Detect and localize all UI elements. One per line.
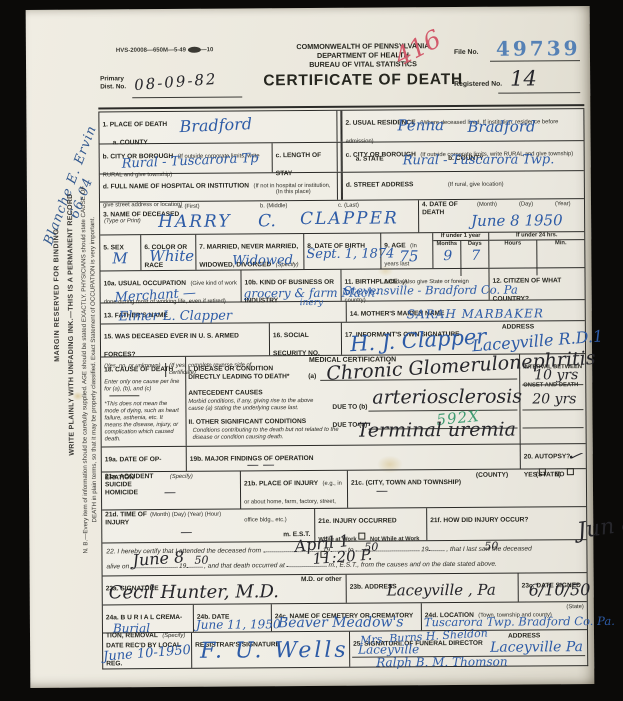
certify-to-overwrite: Jun 8 (576, 513, 623, 543)
place-of-injury-label: 21b. PLACE OF INJURY (244, 480, 318, 488)
informant-address-label: ADDRESS (502, 323, 534, 331)
hospital-label: d. FULL NAME OF HOSPITAL OR INSTITUTION (103, 182, 249, 190)
field-date-received: DATE REC'D BY LOCAL REG. June 10-1950 (103, 633, 191, 669)
primary-dist-block: Primary Dist. No. (100, 75, 126, 91)
antecedent-label: ANTECEDENT CAUSES (188, 389, 262, 398)
place-of-death-label: 1. PLACE OF DEATH (102, 121, 167, 128)
name-first-label: a. (First) (178, 204, 200, 211)
field-accident-suicide: 21a. ACCIDENT SUICIDE HOMICIDE (Specify)… (102, 471, 240, 509)
cause-label: 18. CAUSE OF DEATH (104, 366, 173, 373)
cause-b-value: arteriosclerosis (372, 388, 522, 408)
stock-suffix-text: —10 (201, 47, 214, 53)
physician-signature-value: Cecil Hunter, M.D. (109, 583, 279, 602)
field-under-one-year: If under 1 year Months 9 Days 7 (432, 233, 488, 268)
ssn-label: 16. SOCIAL SECURITY NO. (273, 332, 320, 357)
injury-city-label: 21c. (CITY, TOWN AND TOWNSHIP) (351, 479, 461, 487)
union-label-stamp (188, 47, 201, 53)
field-physician-address: 23b. ADDRESS Laceyville , Pa (346, 574, 518, 603)
months-label: Months (433, 241, 460, 248)
registrar-signature-value: F. U. Wells (200, 640, 349, 663)
field-autopsy: 20. AUTOPSY? YES NO ✓ (520, 444, 586, 468)
row-operation-autopsy: 19a. DATE OF OP- ERATION 19b. MAJOR FIND… (102, 443, 586, 471)
photo-background: Blanche E. Ervin 66-04 MARGIN RESERVED F… (0, 0, 623, 701)
cause-note2: *This does not mean the mode of dying, s… (104, 401, 180, 443)
time-of-injury-label: 21d. TIME OF INJURY (105, 511, 149, 528)
accident-specify: (Specify) (170, 474, 193, 481)
row-burial: 24a. B U R I A L CREMA- TION, REMOVAL (S… (103, 601, 587, 632)
margin-binding-text: MARGIN RESERVED FOR BINDING (53, 140, 62, 450)
autopsy-label: 20. AUTOPSY? (524, 453, 571, 460)
row-parents: 13. FATHER'S NAME Elmer L. Clapper 14. M… (101, 299, 585, 323)
row-vitals: 5. SEX M 6. COLOR OR RACE White 7. MARRI… (100, 231, 584, 270)
mother-value: SARAH MARBAKER (407, 307, 544, 320)
death-date-year-label: (Year) (555, 201, 571, 208)
field-time-of-injury: 21d. TIME OF INJURY (Month) (Day) (Year)… (102, 509, 314, 542)
field-date-of-death: 4. DATE OF DEATH (Month) (Day) (Year) Ju… (418, 199, 584, 232)
operation-pen-marks: — — (247, 458, 275, 470)
field-mother-name: 14. MOTHER'S MAIDEN NAME SARAH MARBAKER (346, 300, 585, 322)
md-or-other-label: M.D. or other (301, 576, 342, 585)
field-hospital: d. FULL NAME OF HOSPITAL OR INSTITUTION … (100, 173, 337, 202)
certificate-paper: Blanche E. Ervin 66-04 MARGIN RESERVED F… (26, 6, 595, 688)
stock-number-text: HVS-20008—650M—5-49 (116, 47, 186, 53)
days-label: Days (461, 241, 488, 248)
bureau-line: BUREAU OF VITAL STATISTICS (248, 59, 478, 70)
field-occupation: 10a. USUAL OCCUPATION (Give kind of work… (100, 270, 240, 302)
row-place-residence: 1. PLACE OF DEATH a. COUNTY Bradford 2. … (99, 109, 583, 143)
months-value: 9 (443, 249, 452, 263)
other-conditions-label: II. OTHER SIGNIFICANT CONDITIONS (188, 418, 306, 427)
field-date-of-birth: 8. DATE OF BIRTH Sept. 1, 1874 (303, 234, 380, 270)
field-burial-type: 24a. B U R I A L CREMA- TION, REMOVAL (S… (103, 605, 193, 633)
injury-state-label: (STATE) (536, 471, 561, 479)
funeral-director-signature-2: Ralph B. M. Thomson (376, 656, 507, 669)
burial-date-value: June 11, 1950 (196, 618, 281, 631)
birthplace-value: Stevensville - Bradford Co. Pa (344, 285, 518, 298)
burial-state-paren: (State) (566, 604, 583, 611)
other-conditions-value: Terminal uremia (357, 421, 516, 441)
field-marital-status: 7. MARRIED, NEVER MARRIED, WIDOWED, DIVO… (195, 234, 303, 270)
certify-alive-year: 50 (194, 555, 208, 566)
residence-state-value: Penna (397, 118, 444, 133)
physician-address-value: Laceyville , Pa (387, 583, 496, 599)
residence-city-value: Rural - Tuscarora Twp. (403, 153, 555, 167)
field-residence-city: c. CITY OR BOROUGH (If outside corporate… (342, 141, 584, 172)
field-armed-forces: 15. WAS DECEASED EVER IN U. S. ARMED FOR… (101, 323, 269, 356)
field-operation-date: 19a. DATE OF OP- ERATION (102, 447, 186, 472)
field-under-24-hours: If under 24 hrs. Hours Min. (488, 232, 584, 268)
street-address-label: d. STREET ADDRESS (346, 181, 414, 188)
name-middle-label: b. (Middle) (260, 203, 287, 210)
dist-no-label: Dist. No. (100, 83, 126, 91)
disease-label: I. DISEASE OR CONDITION DIRECTLY LEADING… (188, 365, 306, 382)
interval-a-value: 10 yrs (534, 368, 578, 382)
field-operation-findings: 19b. MAJOR FINDINGS OF OPERATION — — (186, 445, 520, 471)
field-place-of-death: 1. PLACE OF DEATH a. COUNTY Bradford (99, 111, 336, 144)
field-physician-signature: 23a. SIGNATURE M.D. or other Cecil Hunte… (103, 575, 346, 605)
registered-no-value: 14 (510, 68, 537, 89)
certificate-title: CERTIFICATE OF DEATH (248, 70, 478, 91)
marital-value: Widowed (232, 254, 293, 267)
field-place-city: b. CITY OR BOROUGH (If outside corporate… (100, 143, 272, 173)
certify-y19b: 19 (421, 546, 428, 553)
field-sex: 5. SEX M (100, 235, 140, 270)
burial-location-value: Tuscarora Twp. Bradford Co. Pa. (424, 616, 615, 629)
row-cause-of-death: 18. CAUSE OF DEATH Enter only one cause … (101, 353, 586, 446)
cause-b-label: DUE TO (b) (332, 404, 367, 412)
injury-occurred-label: 21e. INJURY OCCURRED (318, 517, 396, 525)
cause-middle-column: MEDICAL CERTIFICATION I. DISEASE OR COND… (185, 355, 520, 446)
hours-label: Hours (489, 241, 536, 248)
name-middle-value: C. (258, 213, 276, 230)
birth-value: Sept. 1, 1874 (306, 247, 394, 261)
certify-alive-value: June 8 (132, 549, 185, 569)
certify-text-block: 22. I hereby certify that I attended the… (102, 540, 586, 576)
death-date-label: 4. DATE OF DEATH (422, 201, 468, 218)
name-first-value: HARRY (158, 214, 232, 232)
row-registrar: DATE REC'D BY LOCAL REG. June 10-1950 RE… (103, 629, 587, 668)
morbid-note: Morbid conditions, if any, giving rise t… (188, 398, 326, 413)
death-date-day-label: (Day) (519, 201, 533, 208)
row-certify-statement: 22. I hereby certify that I attended the… (102, 539, 586, 575)
death-date-month-label: (Month) (477, 202, 497, 209)
registered-no-label: Registered No. (454, 81, 502, 90)
cause-a-label: (a) (308, 373, 316, 381)
field-registrar-signature: REGISTRAR'S SIGNATURE F. U. Wells (191, 632, 349, 668)
certify-part3: alive on (107, 563, 130, 570)
row-city-borough: b. CITY OR BOROUGH (If outside corporate… (100, 140, 584, 173)
primary-label: Primary (100, 75, 126, 83)
row-occupation: 10a. USUAL OCCUPATION (Give kind of work… (100, 267, 584, 302)
autopsy-no-checkmark: ✓ (565, 449, 584, 464)
field-place-of-injury: 21b. PLACE OF INJURY (e.g., in or about … (240, 471, 347, 509)
min-label: Min. (537, 240, 584, 247)
field-funeral-director: 25. SIGNATURE OF FUNERAL DIRECTOR ADDRES… (349, 630, 587, 667)
primary-dist-value: 08-09-82 (134, 72, 218, 93)
time-of-injury-paren: (Month) (Day) (Year) (Hour) (150, 512, 221, 519)
age-value: 75 (399, 249, 418, 264)
field-how-injury: 21f. HOW DID INJURY OCCUR? Jun 8 (426, 507, 586, 540)
while-at-work-checkbox (359, 533, 366, 540)
accident-pen-dash: — (164, 486, 176, 498)
field-cemetery: 24c. NAME OF CEMETERY OR CREMATORY Beave… (271, 603, 421, 631)
burial-value: Burial (113, 622, 150, 634)
injury-city-pen-dash: — (376, 484, 388, 496)
field-usual-residence: 2. USUAL RESIDENCE (Where deceased lived… (341, 109, 583, 142)
certify-part4: , and that death occurred at (204, 562, 285, 570)
informant-signature: H. J. Clapper (349, 326, 486, 355)
street-address-paren: (If rural, give location) (418, 182, 504, 189)
funeral-director-address-value: Laceyville Pa (490, 640, 583, 655)
form-stock-number: HVS-20008—650M—5-49 —10 (116, 47, 213, 54)
field-ssn: 16. SOCIAL SECURITY NO. (269, 323, 341, 356)
days-value: 7 (471, 249, 480, 263)
field-date-signed: 23c. DATE SIGNED 6/10/50 (518, 573, 587, 601)
name-last-value: CLAPPER (300, 210, 399, 228)
field-name-of-deceased: 3. NAME OF DECEASED (Type or Print) a. (… (100, 200, 418, 234)
father-value: Elmer L. Clapper (119, 310, 232, 324)
row-physician: 23a. SIGNATURE M.D. or other Cecil Hunte… (103, 572, 587, 604)
race-value: White (149, 249, 194, 264)
death-certificate-form: HVS-20008—650M—5-49 —10 COMMONWEALTH OF … (98, 32, 588, 669)
industry-value-cont: inery (300, 299, 323, 308)
armed-forces-label: 15. WAS DECEASED EVER IN U. S. ARMED FOR… (104, 332, 239, 358)
row-name-date: 3. NAME OF DECEASED (Type or Print) a. (… (100, 198, 584, 234)
death-date-value: June 8 1950 (471, 213, 563, 229)
field-street-address: d. STREET ADDRESS (If rural, give locati… (342, 171, 584, 200)
binding-margin: Blanche E. Ervin 66-04 MARGIN RESERVED F… (26, 6, 590, 10)
field-birthplace: 11. BIRTHPLACE (Also give State or forei… (340, 269, 488, 301)
field-burial-location: 24d. LOCATION (Town, township and county… (421, 602, 587, 630)
date-signed-value: 6/10/50 (529, 582, 591, 598)
residence-county-value: Bradford (467, 119, 535, 134)
form-header: HVS-20008—650M—5-49 —10 COMMONWEALTH OF … (98, 32, 584, 107)
field-injury-city: 21c. (CITY, TOWN AND TOWNSHIP) (COUNTY) … (347, 469, 586, 508)
other-conditions-sub: Conditions contributing to the death but… (193, 427, 343, 442)
form-grid: 1. PLACE OF DEATH a. COUNTY Bradford 2. … (98, 109, 588, 669)
row-injury-kind-place: 21a. ACCIDENT SUICIDE HOMICIDE (Specify)… (102, 468, 586, 509)
row-hospital-street: d. FULL NAME OF HOSPITAL OR INSTITUTION … (100, 170, 584, 201)
interval-b-value: 20 yrs (532, 392, 576, 406)
funeral-director-place: Laceyville (358, 643, 419, 655)
field-length-of-stay: c. LENGTH OF STAY (In this place) (272, 143, 337, 172)
place-county-value: Bradford (179, 116, 252, 135)
accident-label: 21a. ACCIDENT SUICIDE HOMICIDE (105, 473, 161, 498)
cause-left-column: 18. CAUSE OF DEATH Enter only one cause … (101, 357, 186, 447)
sex-value: M (112, 251, 127, 266)
field-race: 6. COLOR OR RACE White (140, 235, 195, 270)
file-no-stamp: 49739 (496, 36, 581, 61)
name-sub: (Type or Print) (104, 218, 141, 225)
certify-to-year: 50 (484, 541, 498, 552)
cause-note1: Enter only one cause per line for (a), (… (104, 379, 182, 393)
how-injury-label: 21f. HOW DID INJURY OCCUR? (430, 516, 528, 524)
file-no-label: File No. (454, 49, 479, 58)
field-industry: 10b. KIND OF BUSINESS OR INDUSTRY grocer… (240, 270, 340, 302)
injury-county-label: (COUNTY) (476, 472, 508, 480)
certify-time-value: 11:20 P. (312, 548, 373, 568)
cemetery-value: Beaver Meadow's (278, 615, 404, 630)
field-burial-date: 24b. DATE June 11, 1950 (193, 604, 271, 632)
time-pen-dash: — (180, 526, 192, 538)
